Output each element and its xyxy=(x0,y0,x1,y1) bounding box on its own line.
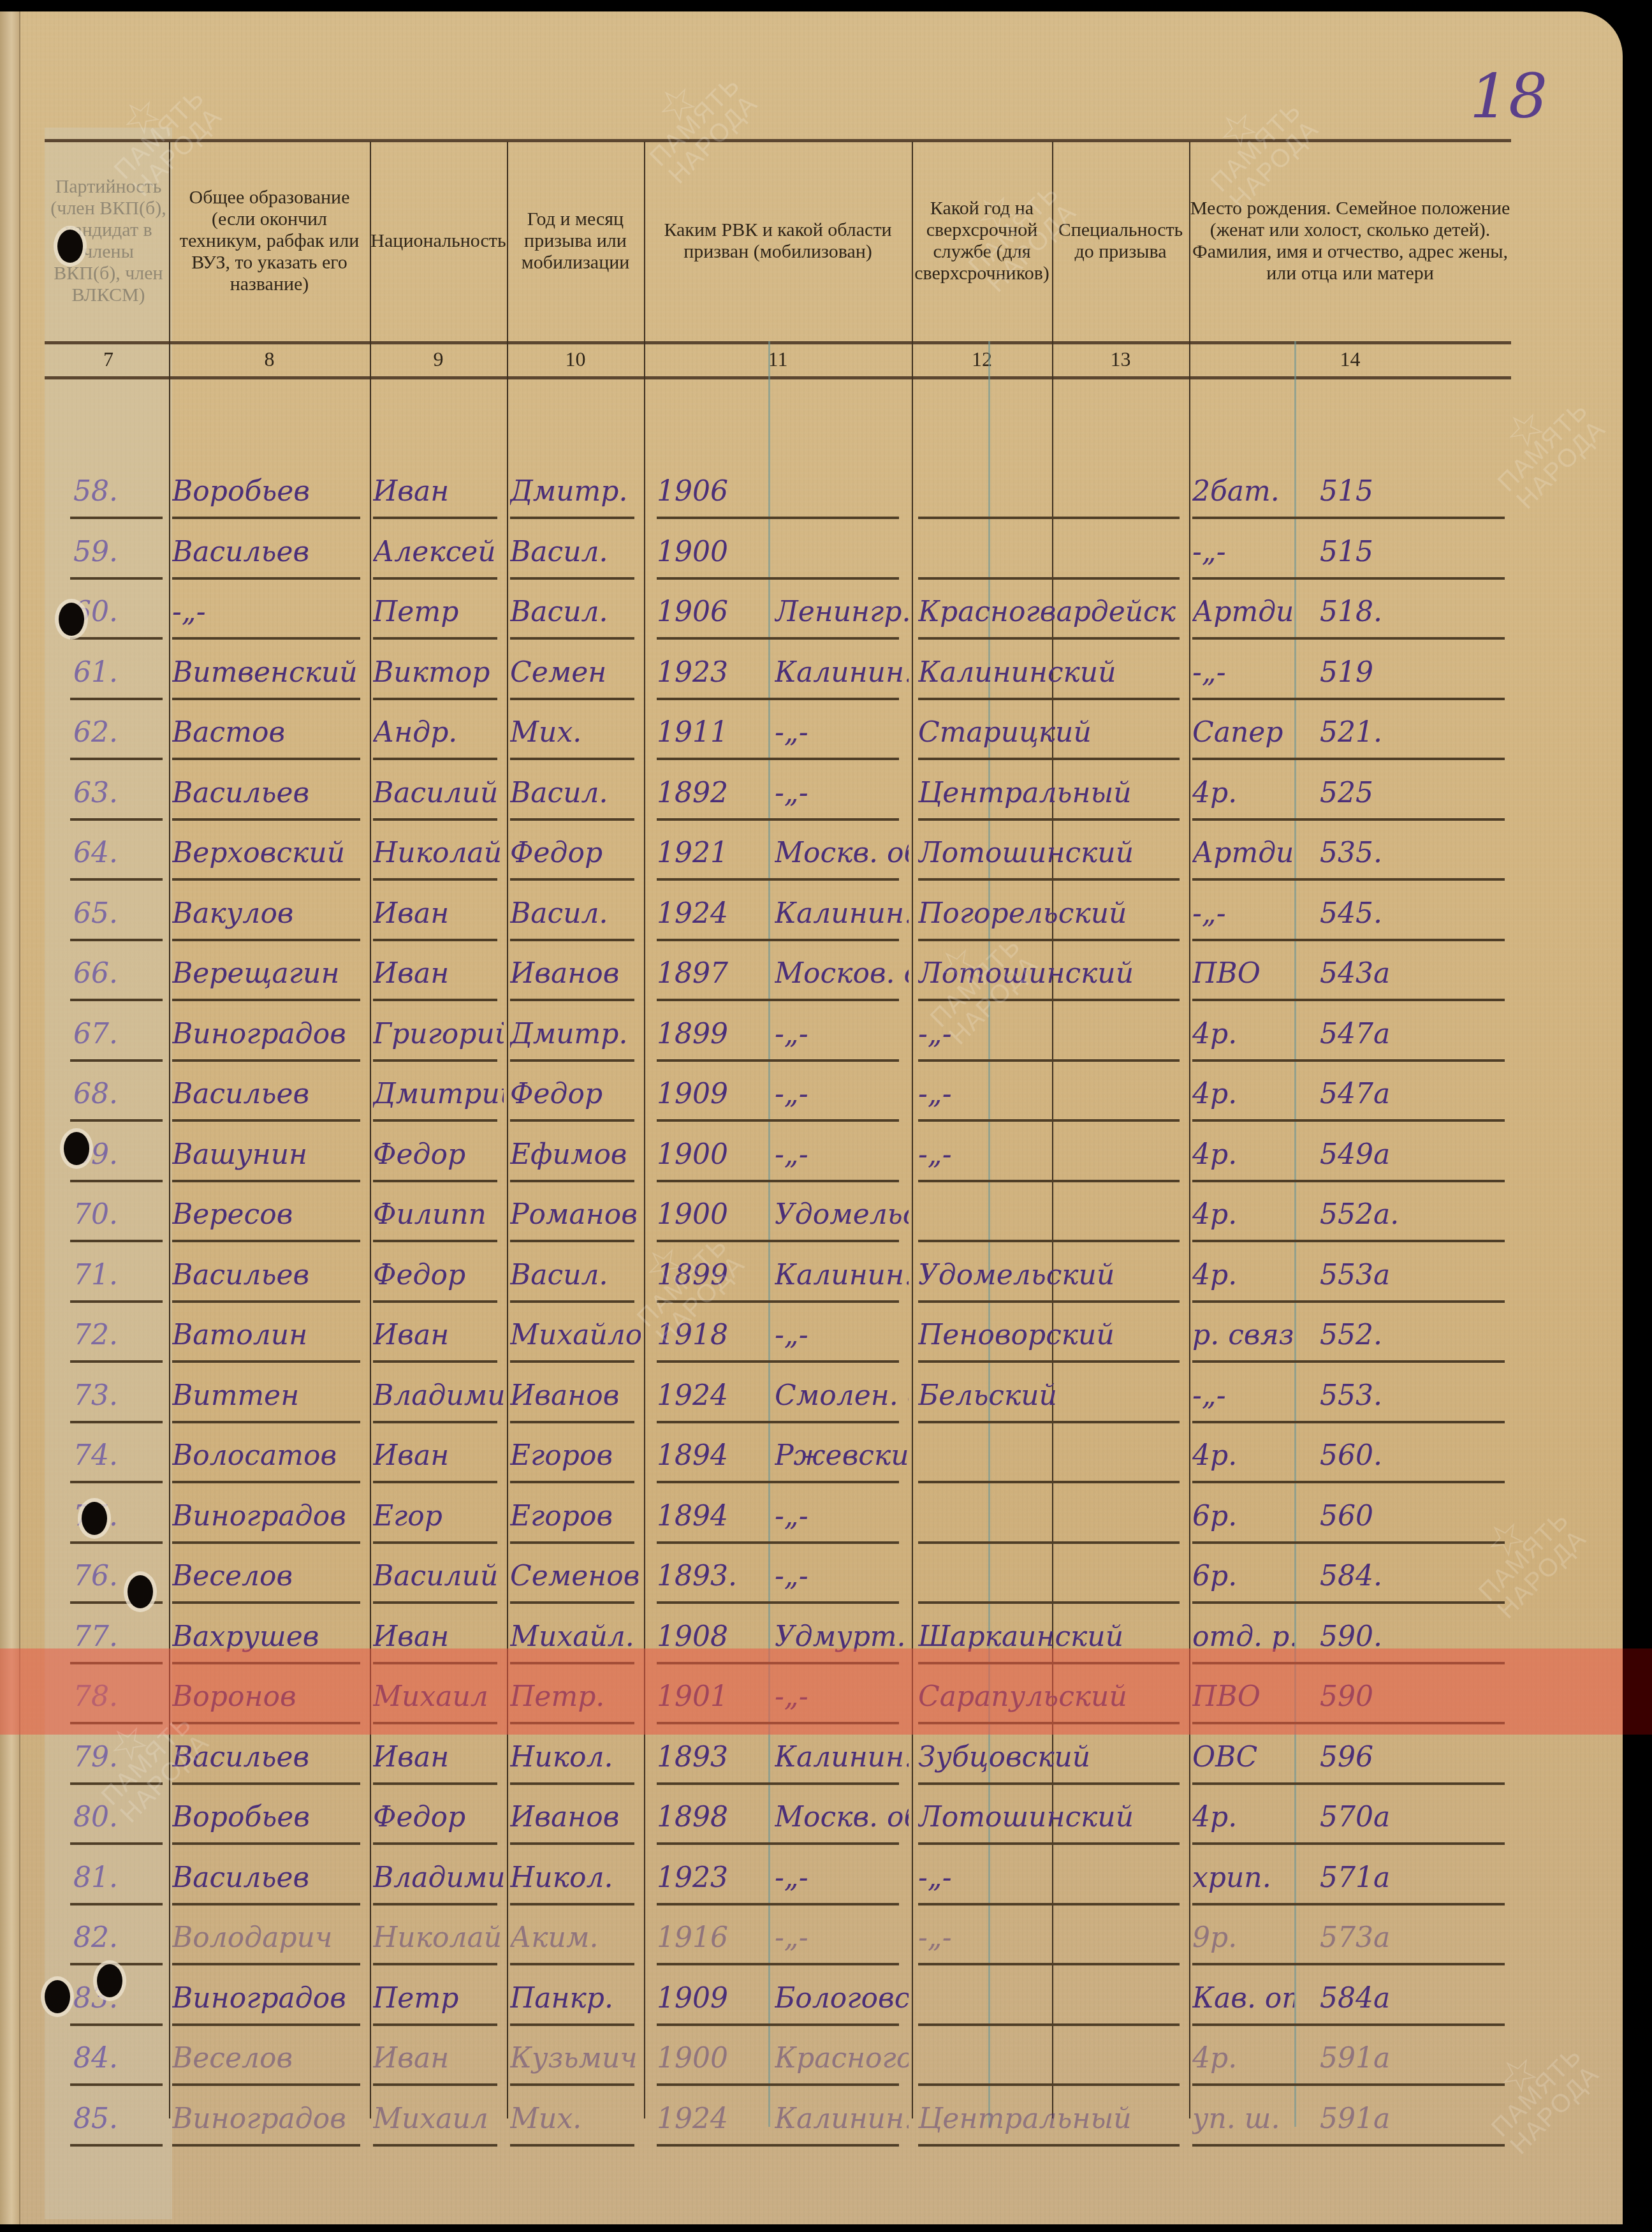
row-rule xyxy=(1192,1360,1505,1363)
row-rule xyxy=(1192,1782,1505,1785)
cell-name: Василий xyxy=(373,777,504,809)
cell-n: 81. xyxy=(73,1861,163,1894)
cell-patronymic: Панкр. xyxy=(510,1982,641,2015)
cell-code: 543а xyxy=(1320,957,1486,990)
row-rule xyxy=(510,939,634,941)
row-rule xyxy=(172,1481,360,1483)
cell-surname: Вакулов xyxy=(172,897,367,930)
row-rule xyxy=(657,939,899,941)
row-rule xyxy=(172,698,360,700)
row-rule xyxy=(373,1119,497,1122)
cell-district: Бельский xyxy=(918,1379,1186,1412)
cell-code: 596 xyxy=(1320,1741,1486,1773)
row-rule xyxy=(1192,878,1505,881)
cell-spec: 4р. xyxy=(1192,1078,1294,1110)
row-rule xyxy=(172,999,360,1001)
row-rule xyxy=(510,1903,634,1905)
cell-year: 1892 xyxy=(657,777,765,809)
cell-code: 552. xyxy=(1320,1319,1486,1351)
row-rule xyxy=(657,637,899,640)
row-rule xyxy=(373,818,497,821)
punch-hole xyxy=(128,1575,153,1608)
column-header-9: Национальность xyxy=(370,143,507,338)
row-rule xyxy=(510,999,634,1001)
punch-hole xyxy=(59,603,84,636)
row-rule xyxy=(172,758,360,760)
cell-surname: Вашунин xyxy=(172,1138,367,1171)
row-rule xyxy=(373,517,497,519)
cell-surname: Верещагин xyxy=(172,957,367,990)
cell-patronymic: Иванов xyxy=(510,1801,641,1833)
cell-surname: Волосатов xyxy=(172,1439,367,1472)
row-rule xyxy=(918,1601,1180,1604)
column-divider xyxy=(644,142,645,2118)
cell-district: -„- xyxy=(918,1138,1186,1171)
cell-year: 1923 xyxy=(657,1861,765,1894)
cell-patronymic: Егоров xyxy=(510,1500,641,1532)
cell-patronymic: Васил. xyxy=(510,536,641,568)
row-rule xyxy=(510,698,634,700)
cell-spec: 4р. xyxy=(1192,1018,1294,1050)
cell-district: Пеноворский xyxy=(918,1319,1186,1351)
row-rule xyxy=(657,758,899,760)
cell-district: Лотошинский xyxy=(918,837,1186,869)
cell-n: 59. xyxy=(73,536,163,568)
row-rule xyxy=(172,1963,360,1965)
cell-year: 1909 xyxy=(657,1982,765,2015)
row-rule xyxy=(373,1541,497,1544)
row-rule xyxy=(373,878,497,881)
cell-region: -„- xyxy=(775,1500,909,1532)
cell-n: 67. xyxy=(73,1018,163,1050)
row-rule xyxy=(918,758,1180,760)
sheet-number: 18 xyxy=(1470,61,1547,132)
row-rule xyxy=(172,2144,360,2147)
cell-surname: Веселов xyxy=(172,1560,367,1592)
row-rule xyxy=(510,1541,634,1544)
cell-patronymic: Михайл. xyxy=(510,1620,641,1653)
row-rule xyxy=(510,1842,634,1845)
cell-surname: Вересов xyxy=(172,1198,367,1231)
row-rule xyxy=(510,1180,634,1182)
cell-name: Иван xyxy=(373,897,504,930)
row-rule xyxy=(918,517,1180,519)
cell-spec: 4р. xyxy=(1192,2042,1294,2074)
row-rule xyxy=(510,1421,634,1423)
row-rule xyxy=(70,2083,163,2086)
cell-code: 553. xyxy=(1320,1379,1486,1412)
cell-year: 1911 xyxy=(657,716,765,749)
column-divider xyxy=(912,142,913,2118)
row-rule xyxy=(657,1541,899,1544)
cell-code: 591а xyxy=(1320,2042,1486,2074)
row-rule xyxy=(373,1601,497,1604)
row-rule xyxy=(373,1180,497,1182)
row-rule xyxy=(373,999,497,1001)
row-rule xyxy=(373,2083,497,2086)
cell-spec: 6р. xyxy=(1192,1500,1294,1532)
cell-name: Иван xyxy=(373,1620,504,1653)
row-rule xyxy=(70,1360,163,1363)
row-rule xyxy=(657,1481,899,1483)
cell-district: -„- xyxy=(918,1078,1186,1110)
cell-district: Шаркаинский xyxy=(918,1620,1186,1653)
row-rule xyxy=(70,2144,163,2147)
row-rule xyxy=(510,517,634,519)
row-rule xyxy=(373,1300,497,1303)
row-rule xyxy=(918,1119,1180,1122)
row-rule xyxy=(373,1782,497,1785)
cell-spec: 6р. xyxy=(1192,1560,1294,1592)
cell-n: 85. xyxy=(73,2103,163,2135)
column-number-14: 14 xyxy=(1189,348,1511,371)
cell-n: 70. xyxy=(73,1198,163,1231)
cell-code: 560 xyxy=(1320,1500,1486,1532)
cell-n: 60. xyxy=(73,596,163,628)
cell-code: 519 xyxy=(1320,656,1486,689)
cell-year: 1906 xyxy=(657,596,765,628)
cell-surname: Володарич xyxy=(172,1921,367,1954)
cell-n: 65. xyxy=(73,897,163,930)
cell-surname: Васильев xyxy=(172,1259,367,1291)
row-rule xyxy=(373,2023,497,2026)
cell-region: Калинин. об. xyxy=(775,1259,909,1291)
punch-hole xyxy=(97,1964,122,1997)
cell-patronymic: Семен xyxy=(510,656,641,689)
row-rule xyxy=(510,1601,634,1604)
cell-region: Красногородский xyxy=(775,2042,909,2074)
row-rule xyxy=(918,1240,1180,1242)
punch-hole xyxy=(45,1980,70,2013)
row-rule xyxy=(657,1963,899,1965)
row-rule xyxy=(657,1180,899,1182)
cell-spec: уп. ш. xyxy=(1192,2103,1294,2135)
cell-spec: 2бат. xyxy=(1192,475,1294,508)
cell-name: Алексей xyxy=(373,536,504,568)
row-rule xyxy=(70,1119,163,1122)
row-rule xyxy=(172,577,360,580)
column-number-13: 13 xyxy=(1052,348,1189,371)
cell-spec: хрип. xyxy=(1192,1861,1294,1894)
cell-name: Виктор xyxy=(373,656,504,689)
row-rule xyxy=(657,577,899,580)
column-divider xyxy=(507,142,508,2118)
cell-code: 553а xyxy=(1320,1259,1486,1291)
row-rule xyxy=(510,1119,634,1122)
row-rule xyxy=(918,1481,1180,1483)
cell-surname: Веселов xyxy=(172,2042,367,2074)
row-rule xyxy=(510,1240,634,1242)
row-rule xyxy=(657,698,899,700)
cell-n: 84. xyxy=(73,2042,163,2074)
cell-n: 63. xyxy=(73,777,163,809)
cell-district: Удомельский xyxy=(918,1259,1186,1291)
cell-surname: Верховский xyxy=(172,837,367,869)
row-rule xyxy=(1192,1119,1505,1122)
cell-surname: Виноградов xyxy=(172,2103,367,2135)
row-rule xyxy=(172,1903,360,1905)
cell-year: 1898 xyxy=(657,1801,765,1833)
row-rule xyxy=(510,1360,634,1363)
row-rule xyxy=(918,1421,1180,1423)
cell-spec: Артдив xyxy=(1192,596,1294,628)
cell-year: 1900 xyxy=(657,1198,765,1231)
cell-name: Филипп xyxy=(373,1198,504,1231)
cell-region: Ржевский xyxy=(775,1439,909,1472)
row-rule xyxy=(657,2144,899,2147)
cell-patronymic: Аким. xyxy=(510,1921,641,1954)
cell-surname: Виноградов xyxy=(172,1018,367,1050)
row-rule xyxy=(70,878,163,881)
row-rule xyxy=(172,2083,360,2086)
cell-district: Центральный xyxy=(918,2103,1186,2135)
row-rule xyxy=(918,1842,1180,1845)
cell-spec: 4р. xyxy=(1192,777,1294,809)
column-header-10: Год и месяц призыва или мобилизации xyxy=(507,143,644,338)
cell-patronymic: Семенов xyxy=(510,1560,641,1592)
cell-spec: Кав. отд. xyxy=(1192,1982,1294,2015)
cell-region: -„- xyxy=(775,1138,909,1171)
cell-n: 72. xyxy=(73,1319,163,1351)
cell-surname: Васильев xyxy=(172,1861,367,1894)
row-rule xyxy=(70,939,163,941)
cell-code: 521. xyxy=(1320,716,1486,749)
cell-district: Погорельский xyxy=(918,897,1186,930)
row-rule xyxy=(70,2023,163,2026)
row-rule xyxy=(1192,2144,1505,2147)
cell-code: 560. xyxy=(1320,1439,1486,1472)
faded-column-7 xyxy=(45,128,172,2219)
cell-region: -„- xyxy=(775,716,909,749)
cell-patronymic: Ефимов xyxy=(510,1138,641,1171)
cell-surname: -„- xyxy=(172,596,367,628)
cell-n: 73. xyxy=(73,1379,163,1412)
cell-region: Калинин. об. xyxy=(775,897,909,930)
cell-code: 518. xyxy=(1320,596,1486,628)
row-rule xyxy=(172,1119,360,1122)
cell-name: Василий xyxy=(373,1560,504,1592)
row-rule xyxy=(172,1240,360,1242)
cell-year: 1924 xyxy=(657,1379,765,1412)
row-rule xyxy=(510,1963,634,1965)
cell-region: Удмурт. ср. xyxy=(775,1620,909,1653)
cell-name: Николай xyxy=(373,837,504,869)
cell-name: Николай xyxy=(373,1921,504,1954)
cell-patronymic: Михайлов xyxy=(510,1319,641,1351)
cell-surname: Виноградов xyxy=(172,1500,367,1532)
row-rule xyxy=(657,999,899,1001)
cell-n: 68. xyxy=(73,1078,163,1110)
row-rule xyxy=(657,517,899,519)
cell-district: -„- xyxy=(918,1861,1186,1894)
column-number-8: 8 xyxy=(169,348,370,371)
ruled-guide-line xyxy=(1294,341,1296,2127)
row-rule xyxy=(918,818,1180,821)
row-rule xyxy=(1192,1963,1505,1965)
cell-patronymic: Васил. xyxy=(510,897,641,930)
row-rule xyxy=(657,1601,899,1604)
row-rule xyxy=(510,818,634,821)
cell-region: -„- xyxy=(775,1319,909,1351)
row-rule xyxy=(172,939,360,941)
cell-code: 515 xyxy=(1320,475,1486,508)
row-rule xyxy=(1192,1541,1505,1544)
cell-spec: р. связи xyxy=(1192,1319,1294,1351)
row-rule xyxy=(918,1541,1180,1544)
row-rule xyxy=(373,1903,497,1905)
row-rule xyxy=(657,1059,899,1062)
cell-name: Григорий xyxy=(373,1018,504,1050)
cell-name: Иван xyxy=(373,2042,504,2074)
cell-district: Красногвардейск xyxy=(918,596,1186,628)
cell-spec: ОВС xyxy=(1192,1741,1294,1773)
row-rule xyxy=(918,637,1180,640)
cell-patronymic: Иванов xyxy=(510,957,641,990)
row-rule xyxy=(172,2023,360,2026)
row-rule xyxy=(657,1119,899,1122)
row-rule xyxy=(657,1842,899,1845)
row-rule xyxy=(918,1963,1180,1965)
cell-surname: Васильев xyxy=(172,777,367,809)
cell-name: Михаил xyxy=(373,2103,504,2135)
column-divider xyxy=(370,142,371,2118)
row-rule xyxy=(373,1963,497,1965)
cell-code: 547а xyxy=(1320,1018,1486,1050)
row-rule xyxy=(172,517,360,519)
row-rule xyxy=(918,1180,1180,1182)
cell-region: Ленингр. об. xyxy=(775,596,909,628)
row-rule xyxy=(657,1903,899,1905)
row-rule xyxy=(172,1180,360,1182)
header-bottom-rule xyxy=(45,341,1511,344)
row-rule xyxy=(918,698,1180,700)
column-number-11: 11 xyxy=(644,348,912,371)
cell-patronymic: Васил. xyxy=(510,596,641,628)
row-rule xyxy=(1192,758,1505,760)
cell-name: Федор xyxy=(373,1259,504,1291)
row-rule xyxy=(373,698,497,700)
row-rule xyxy=(373,637,497,640)
cell-district: Старицкий xyxy=(918,716,1186,749)
cell-patronymic: Иванов xyxy=(510,1379,641,1412)
cell-spec: -„- xyxy=(1192,656,1294,689)
row-rule xyxy=(1192,1842,1505,1845)
row-rule xyxy=(70,1300,163,1303)
cell-year: 1924 xyxy=(657,2103,765,2135)
cell-region: Смолен. об. xyxy=(775,1379,909,1412)
highlighted-row-band xyxy=(0,1648,1623,1735)
row-rule xyxy=(70,1541,163,1544)
cell-spec: 4р. xyxy=(1192,1259,1294,1291)
row-rule xyxy=(657,1360,899,1363)
row-rule xyxy=(510,1782,634,1785)
cell-code: 549а xyxy=(1320,1138,1486,1171)
cell-name: Андр. xyxy=(373,716,504,749)
row-rule xyxy=(172,1300,360,1303)
cell-patronymic: Мих. xyxy=(510,716,641,749)
cell-year: 1899 xyxy=(657,1018,765,1050)
column-divider xyxy=(169,142,170,2118)
cell-region: Калинин. xyxy=(775,1741,909,1773)
row-rule xyxy=(172,1059,360,1062)
row-rule xyxy=(373,2144,497,2147)
cell-year: 1894 xyxy=(657,1500,765,1532)
cell-region: -„- xyxy=(775,1861,909,1894)
cell-year: 1908 xyxy=(657,1620,765,1653)
cell-code: 535. xyxy=(1320,837,1486,869)
row-rule xyxy=(918,2144,1180,2147)
row-rule xyxy=(172,1360,360,1363)
cell-surname: Васильев xyxy=(172,1078,367,1110)
cell-spec: 4р. xyxy=(1192,1801,1294,1833)
cell-name: Иван xyxy=(373,475,504,508)
punch-hole xyxy=(57,230,83,263)
row-rule xyxy=(70,758,163,760)
row-rule xyxy=(510,2023,634,2026)
cell-name: Федор xyxy=(373,1138,504,1171)
cell-region: Москов. об. xyxy=(775,957,909,990)
highlight-band-edge xyxy=(1623,1648,1652,1735)
row-rule xyxy=(373,1481,497,1483)
row-rule xyxy=(70,1903,163,1905)
row-rule xyxy=(657,878,899,881)
row-rule xyxy=(510,878,634,881)
cell-patronymic: Дмитр. xyxy=(510,475,641,508)
cell-spec: -„- xyxy=(1192,897,1294,930)
cell-code: 545. xyxy=(1320,897,1486,930)
cell-region: -„- xyxy=(775,1921,909,1954)
row-rule xyxy=(1192,637,1505,640)
row-rule xyxy=(1192,1601,1505,1604)
cell-patronymic: Романов xyxy=(510,1198,641,1231)
row-rule xyxy=(657,1421,899,1423)
row-rule xyxy=(70,1180,163,1182)
cell-patronymic: Васил. xyxy=(510,1259,641,1291)
cell-surname: Ватолин xyxy=(172,1319,367,1351)
cell-region: Удомельский xyxy=(775,1198,909,1231)
cell-name: Владимир xyxy=(373,1379,504,1412)
row-rule xyxy=(172,637,360,640)
cell-n: 66. xyxy=(73,957,163,990)
row-rule xyxy=(70,577,163,580)
cell-surname: Виттен xyxy=(172,1379,367,1412)
cell-region: -„- xyxy=(775,1078,909,1110)
cell-surname: Васильев xyxy=(172,536,367,568)
cell-region: -„- xyxy=(775,1560,909,1592)
row-rule xyxy=(918,2023,1180,2026)
cell-name: Федор xyxy=(373,1801,504,1833)
cell-region: Калинин. xyxy=(775,656,909,689)
cell-surname: Вастов xyxy=(172,716,367,749)
cell-surname: Витвенский xyxy=(172,656,367,689)
colnum-bottom-rule xyxy=(45,376,1511,379)
cell-n: 77. xyxy=(73,1620,163,1653)
row-rule xyxy=(70,1421,163,1423)
column-header-13: Специальность до призыва xyxy=(1052,143,1189,338)
row-rule xyxy=(510,1481,634,1483)
cell-year: 1906 xyxy=(657,475,765,508)
cell-year: 1923 xyxy=(657,656,765,689)
cell-surname: Вахрушев xyxy=(172,1620,367,1653)
cell-year: 1897 xyxy=(657,957,765,990)
cell-n: 62. xyxy=(73,716,163,749)
cell-patronymic: Егоров xyxy=(510,1439,641,1472)
row-rule xyxy=(657,2023,899,2026)
cell-region: Москв. об. xyxy=(775,837,909,869)
row-rule xyxy=(373,939,497,941)
column-number-7: 7 xyxy=(48,348,169,371)
cell-code: 515 xyxy=(1320,536,1486,568)
